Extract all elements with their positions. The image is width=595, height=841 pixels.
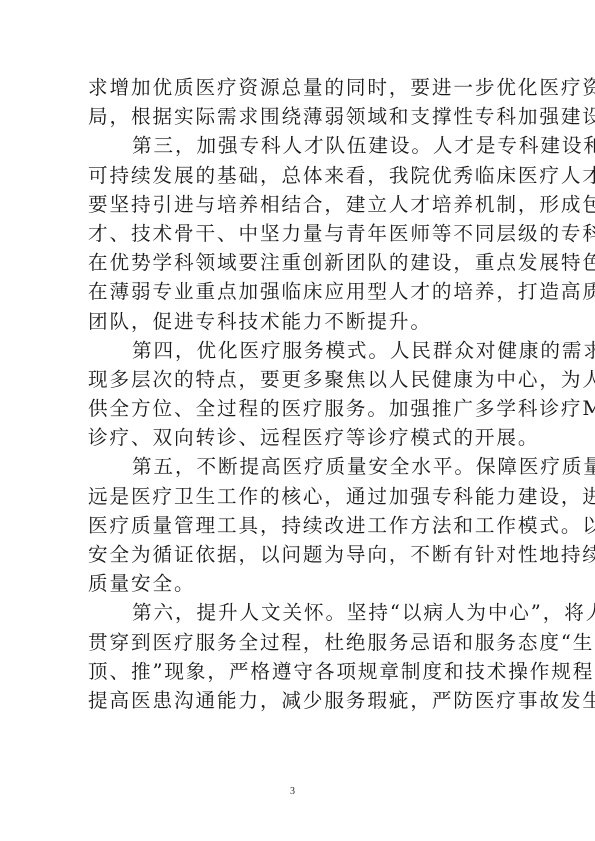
text-line: 医疗质量管理工具，持续改进工作方法和工作模式。以医疗质量: [88, 511, 528, 540]
text-line: 才、技术骨干、中坚力量与青年医师等不同层级的专科人才梯队。: [88, 219, 528, 248]
document-page: 求增加优质医疗资源总量的同时，要进一步优化医疗资源合理布局，根据实际需求围绕薄弱…: [0, 0, 595, 841]
text-line: 在优势学科领域要注重创新团队的建设，重点发展特色亚专科，: [88, 248, 528, 277]
text-line: 现多层次的特点，要更多聚焦以人民健康为中心，为人民群众提: [88, 365, 528, 394]
text-line: 可持续发展的基础，总体来看，我院优秀临床医疗人才仍然不足。: [88, 161, 528, 190]
text-line: 诊疗、双向转诊、远程医疗等诊疗模式的开展。: [88, 423, 528, 452]
text-line: 远是医疗卫生工作的核心，通过加强专科能力建设，进一步推广: [88, 482, 528, 511]
text-line: 第四，优化医疗服务模式。人民群众对健康的需求和要求呈: [88, 336, 528, 365]
text-line: 贯穿到医疗服务全过程，杜绝服务忌语和服务态度“生、冷、硬、: [88, 628, 528, 657]
text-line: 在薄弱专业重点加强临床应用型人才的培养，打造高质量的医疗: [88, 277, 528, 306]
scan-mark: r: [565, 232, 568, 243]
scan-mark: 、: [562, 285, 572, 300]
text-line: 提高医患沟通能力，减少服务瑕疵，严防医疗事故发生，坚决杜: [88, 686, 528, 715]
text-line: 第五，不断提高医疗质量安全水平。保障医疗质量和安全永: [88, 452, 528, 481]
text-line: 局，根据实际需求围绕薄弱领域和支撑性专科加强建设。: [88, 102, 528, 131]
page-number: 3: [290, 786, 295, 797]
text-line: 第三，加强专科人才队伍建设。人才是专科建设和专科技术: [88, 131, 528, 160]
text-line: 要坚持引进与培养相结合，建立人才培养机制，形成包括顶尖人: [88, 190, 528, 219]
body-text: 求增加优质医疗资源总量的同时，要进一步优化医疗资源合理布局，根据实际需求围绕薄弱…: [88, 73, 528, 715]
text-line: 求增加优质医疗资源总量的同时，要进一步优化医疗资源合理布: [88, 73, 528, 102]
text-line: 第六，提升人文关怀。坚持“以病人为中心”，将人文关怀: [88, 598, 528, 627]
text-line: 质量安全。: [88, 569, 528, 598]
text-line: 顶、推”现象，严格遵守各项规章制度和技术操作规程，进一步: [88, 657, 528, 686]
text-line: 安全为循证依据，以问题为导向，不断有针对性地持续改进医疗: [88, 540, 528, 569]
text-line: 团队，促进专科技术能力不断提升。: [88, 307, 528, 336]
text-line: 供全方位、全过程的医疗服务。加强推广多学科诊疗MDT、分级: [88, 394, 528, 423]
